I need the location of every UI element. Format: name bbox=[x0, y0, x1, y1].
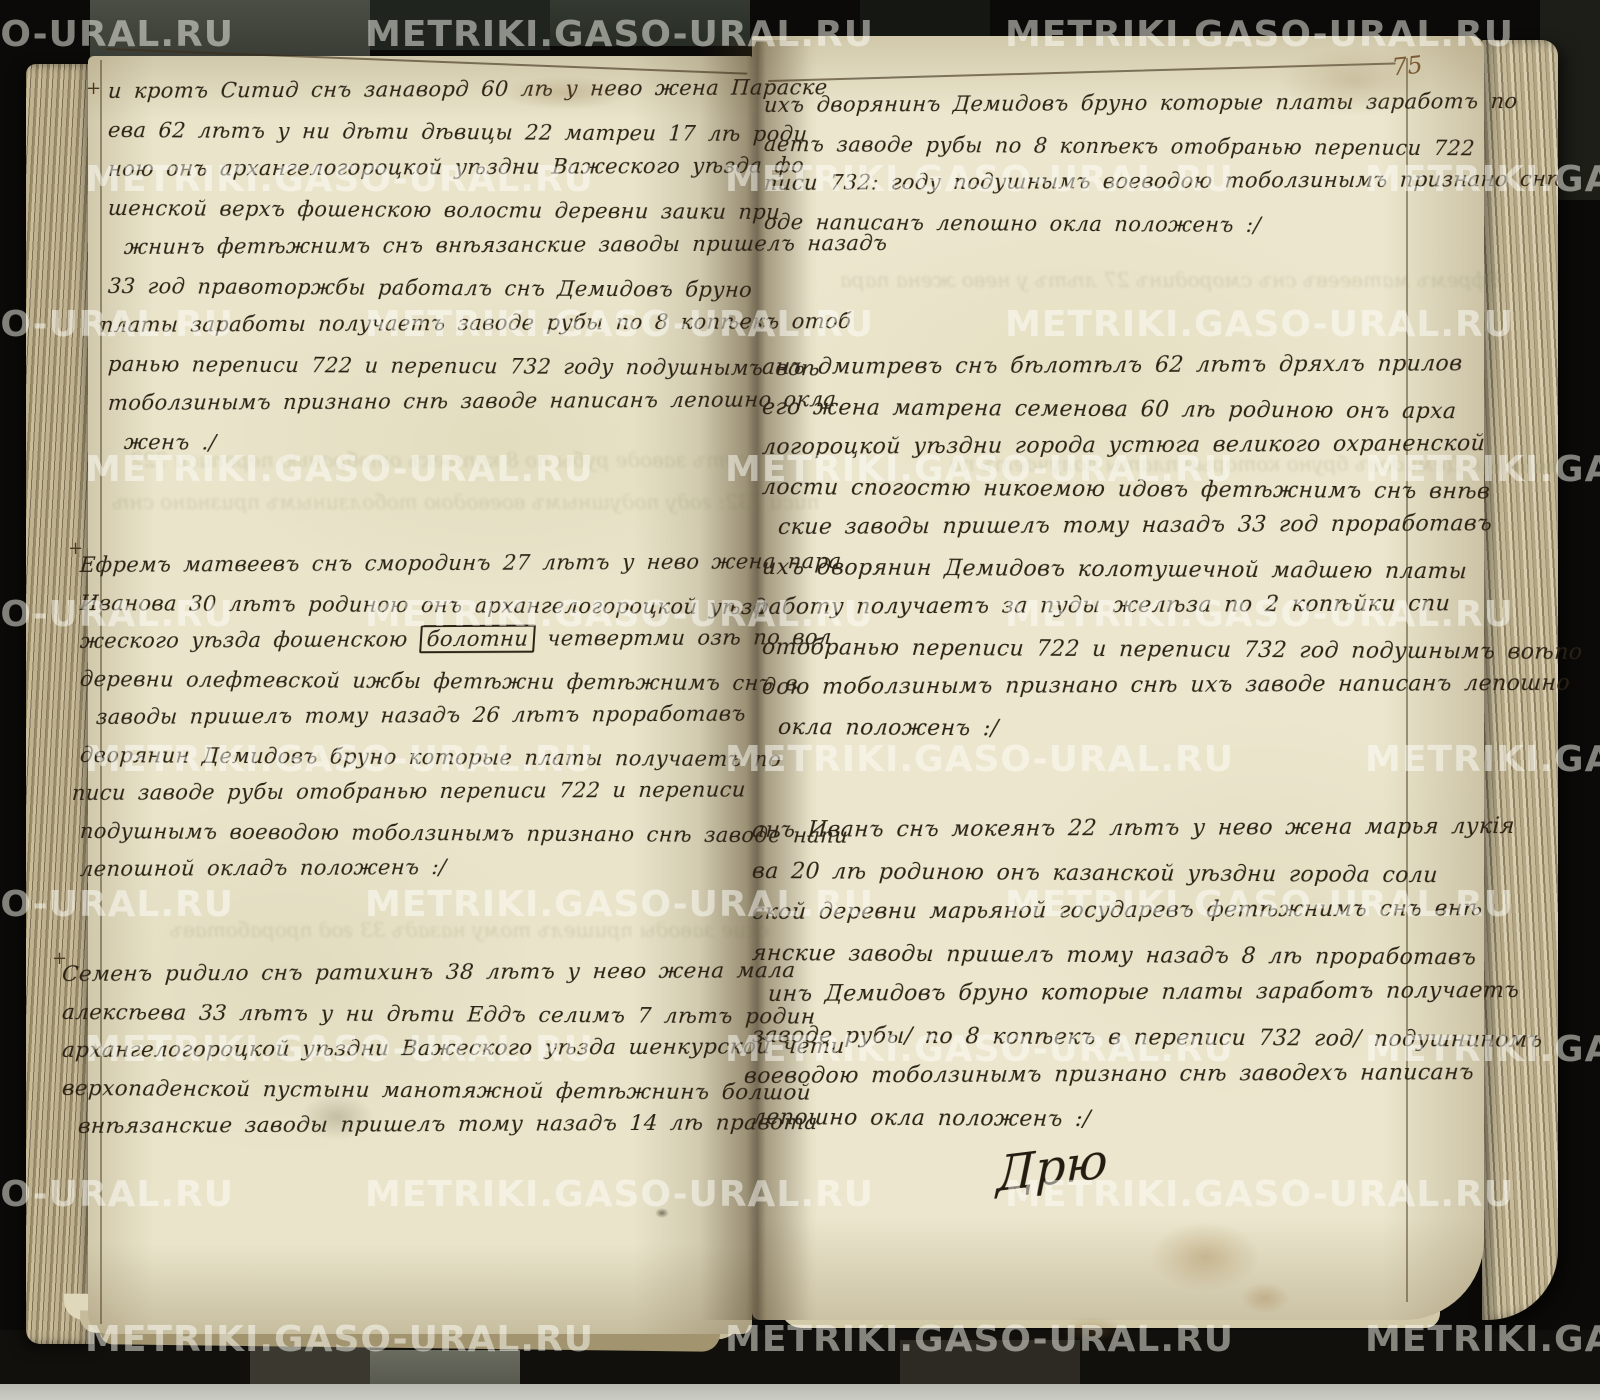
background-object bbox=[900, 1340, 1080, 1390]
page-number: 75 bbox=[1391, 50, 1424, 81]
handwritten-line: архангелогороцкой уѣздни Важеского уѣзда… bbox=[61, 1028, 751, 1070]
photo-scene: аетъ заводе рубы по 8 копѣекъ отобранью … bbox=[0, 0, 1600, 1400]
handwritten-line: ною онъ архангелогороцкой уѣздни Важеско… bbox=[107, 147, 750, 189]
handwritten-line: ихъ дворянинъ Демидовъ бруно которые пла… bbox=[763, 83, 1422, 125]
handwritten-line: Ефремъ матвеевъ снъ смородинъ 27 лѣтъ у … bbox=[79, 542, 749, 584]
handwritten-line: писи заводе рубы отобранью переписи 722 … bbox=[71, 770, 749, 812]
handwritten-line: заводы пришелъ тому назадъ 26 лѣтъ прора… bbox=[95, 695, 749, 736]
handwritten-line: дою тоболзинымъ признано снѣ ихъ заводе … bbox=[761, 664, 1448, 708]
ink-showthrough: писи 732: году подушнымъ воеводою тоболз… bbox=[111, 490, 820, 514]
handwritten-line: воеводою тоболзинымъ признано снѣ заводе… bbox=[743, 1052, 1450, 1097]
background-object bbox=[370, 0, 550, 50]
handwritten-line: логороцкой уѣздни города устюга великого… bbox=[761, 424, 1448, 468]
handwritten-line: платы заработы получаетъ заводе рубы по … bbox=[99, 303, 750, 345]
handwritten-line: оде написанъ лепошно окла положенъ :/ bbox=[763, 203, 1421, 246]
right-page-record-1: ихъ дворянинъ Демидовъ бруно которые пла… bbox=[764, 86, 1420, 242]
right-page-record-3: анъ Иванъ снъ мокеянъ 22 лѣтъ у нево жен… bbox=[752, 810, 1448, 1138]
marginal-plus-mark: + bbox=[86, 78, 101, 99]
handwritten-line: жеского уѣзда фошенскою болотни четвертм… bbox=[79, 618, 749, 660]
handwritten-line: анъ дмитревъ снъ бѣлотѣлъ 62 лѣтъ дряхлъ… bbox=[761, 344, 1448, 388]
boxed-word: болотни bbox=[419, 625, 536, 654]
ink-showthrough: Ефремъ матвеевъ снъ смородинъ 27 лѣтъ у … bbox=[839, 268, 1503, 292]
handwritten-line: окла положенъ :/ bbox=[777, 708, 1447, 752]
handwritten-line: Семенъ ридило снъ ратихинъ 38 лѣтъ у нев… bbox=[61, 952, 751, 994]
handwritten-line: женъ ./ bbox=[123, 423, 749, 466]
left-page-record-3: Семенъ ридило снъ ратихинъ 38 лѣтъ у нев… bbox=[62, 956, 750, 1146]
handwritten-line: ской деревни марьяной государевъ фетѣжни… bbox=[751, 888, 1450, 933]
handwritten-line: лепошной окладъ положенъ :/ bbox=[79, 846, 749, 888]
table-surface bbox=[0, 1384, 1600, 1400]
left-page-record-1: и кротъ Ситид снъ занаворд 60 лѣ у нево … bbox=[108, 72, 748, 462]
handwritten-line: жнинъ фетѣжнимъ снъ внѣязанские заводы п… bbox=[123, 225, 750, 267]
left-page-record-2: Ефремъ матвеевъ снъ смородинъ 27 лѣтъ у … bbox=[80, 546, 748, 888]
handwritten-line: анъ Иванъ снъ мокеянъ 22 лѣтъ у нево жен… bbox=[751, 806, 1450, 851]
handwritten-line: внѣязанские заводы пришелъ тому назадъ 1… bbox=[77, 1104, 751, 1146]
background-object bbox=[860, 0, 990, 40]
handwritten-line: работу получаетъ за пуды желѣза по 2 коп… bbox=[753, 584, 1448, 628]
handwritten-line: и кротъ Ситид снъ занаворд 60 лѣ у нево … bbox=[107, 69, 750, 111]
background-object bbox=[550, 0, 750, 46]
handwritten-line: писи 732: году подушнымъ воеводою тоболз… bbox=[763, 161, 1422, 203]
right-page-record-2: анъ дмитревъ снъ бѣлотѣлъ 62 лѣтъ дряхлъ… bbox=[762, 348, 1446, 748]
handwritten-line: ские заводы пришелъ тому назадъ 33 год п… bbox=[777, 504, 1448, 548]
handwritten-line: инъ Демидовъ бруно которые платы заработ… bbox=[767, 970, 1450, 1015]
handwritten-line: тоболзинымъ признано снѣ заводе написанъ… bbox=[107, 381, 750, 423]
ink-showthrough: ские заводы пришелъ тому назадъ 33 год п… bbox=[169, 918, 770, 942]
